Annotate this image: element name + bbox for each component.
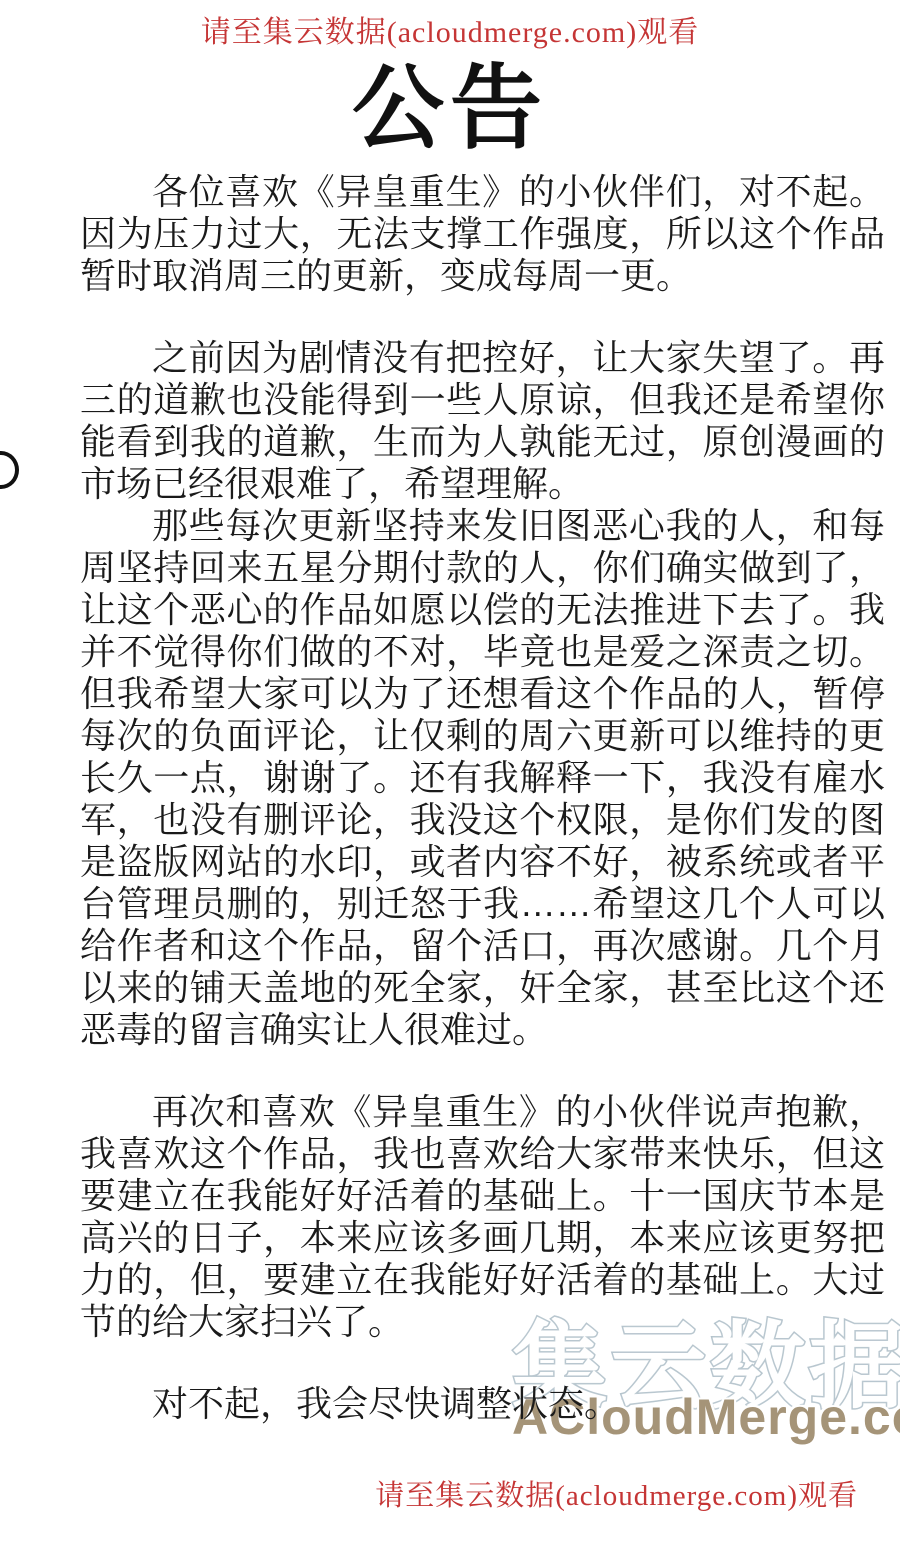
footer-watermark-notice: 请至集云数据(acloudmerge.com)观看 — [0, 1479, 900, 1513]
announcement-paragraph-4: 再次和喜欢《异皇重生》的小伙伴说声抱歉，我喜欢这个作品，我也喜欢给大家带来快乐，… — [80, 1091, 885, 1343]
announcement-body: 各位喜欢《异皇重生》的小伙伴们，对不起。因为压力过大，无法支撑工作强度，所以这个… — [0, 171, 885, 1425]
page-title: 公告 — [0, 63, 900, 155]
announcement-paragraph-3: 那些每次更新坚持来发旧图恶心我的人，和每周坚持回来五星分期付款的人，你们确实做到… — [80, 505, 885, 1051]
header-watermark-notice: 请至集云数据(acloudmerge.com)观看 — [0, 0, 900, 53]
announcement-paragraph-1: 各位喜欢《异皇重生》的小伙伴们，对不起。因为压力过大，无法支撑工作强度，所以这个… — [80, 171, 885, 297]
announcement-paragraph-5: 对不起，我会尽快调整状态。 — [80, 1383, 885, 1425]
announcement-page: 请至集云数据(acloudmerge.com)观看 公告 各位喜欢《异皇重生》的… — [0, 0, 900, 1543]
announcement-paragraph-2: 之前因为剧情没有把控好，让大家失望了。再三的道歉也没能得到一些人原谅，但我还是希… — [80, 337, 885, 505]
